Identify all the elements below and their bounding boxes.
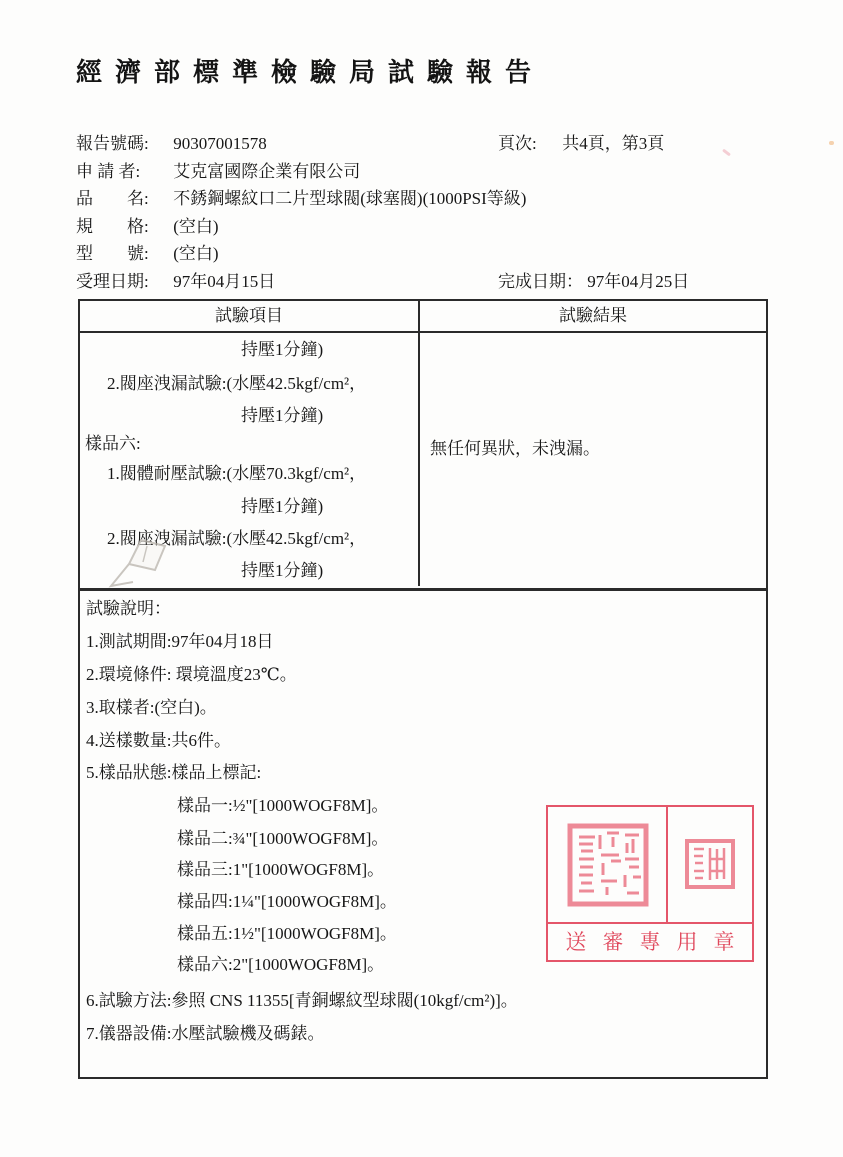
spec-label: 規 格: [76,213,169,241]
sample-marking-line: 樣品六:2"[1000WOGF8M]。 [177,955,384,975]
page-count: 頁次: 共4頁，第3頁 [498,130,664,158]
applicant-value: 艾克富國際企業有限公司 [173,158,360,186]
product-name-label: 品 名: [76,185,169,213]
note-line: 3.取樣者:(空白)。 [86,698,217,718]
test-result-text: 無任何異狀，未洩漏。 [430,434,600,459]
test-item-line: 持壓1分鐘) [241,561,323,581]
col-header-test-item: 試驗項目 [80,301,420,331]
test-item-line: 持壓1分鐘) [241,340,323,360]
applicant-label: 申 請 者: [76,158,169,186]
stamp-seal-area [548,807,752,924]
sample-marking-line: 樣品三:1"[1000WOGF8M]。 [177,860,384,880]
sample-marking-line: 樣品四:1¼"[1000WOGF8M]。 [177,892,397,912]
page-count-label: 頁次: [498,130,558,158]
note-line: 2.環境條件: 環境溫度23℃。 [86,665,297,685]
meta-row-model: 型 號: (空白) [76,240,776,268]
meta-row-dates: 受理日期: 97年04月15日 完成日期： 97年04月25日 [76,268,776,296]
name-seal-icon [685,839,735,889]
test-item-line: 樣品六: [85,434,141,454]
test-item-line: 持壓1分鐘) [241,406,323,426]
meta-row-spec: 規 格: (空白) [76,213,776,241]
stamp-cell-left [548,807,668,922]
page-count-value: 共4頁，第3頁 [562,130,664,158]
page-title: 經濟部標準檢驗局試驗報告 [76,52,544,89]
sample-marking-line: 樣品二:¾"[1000WOGF8M]。 [177,829,388,849]
test-item-line: 1.閥體耐壓試驗:(水壓70.3kgf/cm²， [107,464,366,484]
sample-marking-line: 樣品五:1½"[1000WOGF8M]。 [177,924,397,944]
stamp-caption: 送審專用章 [548,924,752,960]
model-label: 型 號: [76,240,169,268]
completion-date-value: 97年04月25日 [587,268,689,296]
pencil-scribble-mark [103,536,183,594]
spec-value: (空白) [173,213,218,241]
note-line: 5.樣品狀態:樣品上標記: [86,763,261,783]
review-stamp: 送審專用章 [546,805,754,962]
note-line: 4.送樣數量:共6件。 [86,731,231,751]
note-line: 6.試驗方法:參照 CNS 11355[青銅螺紋型球閥(10kgf/cm²)]。 [86,991,518,1011]
meta-row-product-name: 品 名: 不銹鋼螺紋口二片型球閥(球塞閥)(1000PSI等級) [76,185,776,213]
test-item-line: 持壓1分鐘) [241,497,323,517]
sample-marking-line: 樣品一:½"[1000WOGF8M]。 [177,796,388,816]
column-divider [418,333,420,586]
scan-artifact-dot [829,141,834,145]
company-seal-icon [567,823,649,907]
product-name-value: 不銹鋼螺紋口二片型球閥(球塞閥)(1000PSI等級) [173,185,526,213]
note-line: 1.測試期間:97年04月18日 [86,632,273,652]
test-item-line: 2.閥座洩漏試驗:(水壓42.5kgf/cm²， [107,374,366,394]
test-table-header: 試驗項目 試驗結果 [80,301,766,333]
report-number-value: 90307001578 [173,130,267,158]
note-line: 7.儀器設備:水壓試驗機及碼錶。 [86,1024,324,1044]
col-header-test-result: 試驗結果 [420,301,766,331]
model-value: (空白) [173,240,218,268]
accept-date-label: 受理日期: [76,268,169,296]
notes-title: 試驗說明： [86,599,171,619]
completion-date: 完成日期： 97年04月25日 [498,268,689,296]
report-meta: 報告號碼: 90307001578 頁次: 共4頁，第3頁 申 請 者: 艾克富… [76,130,776,295]
meta-row-report-number: 報告號碼: 90307001578 頁次: 共4頁，第3頁 [76,130,776,158]
stamp-cell-right [668,807,752,922]
accept-date-value: 97年04月15日 [173,268,275,296]
meta-row-applicant: 申 請 者: 艾克富國際企業有限公司 [76,158,776,186]
report-number-label: 報告號碼: [76,130,169,158]
completion-date-label: 完成日期： [498,268,583,296]
